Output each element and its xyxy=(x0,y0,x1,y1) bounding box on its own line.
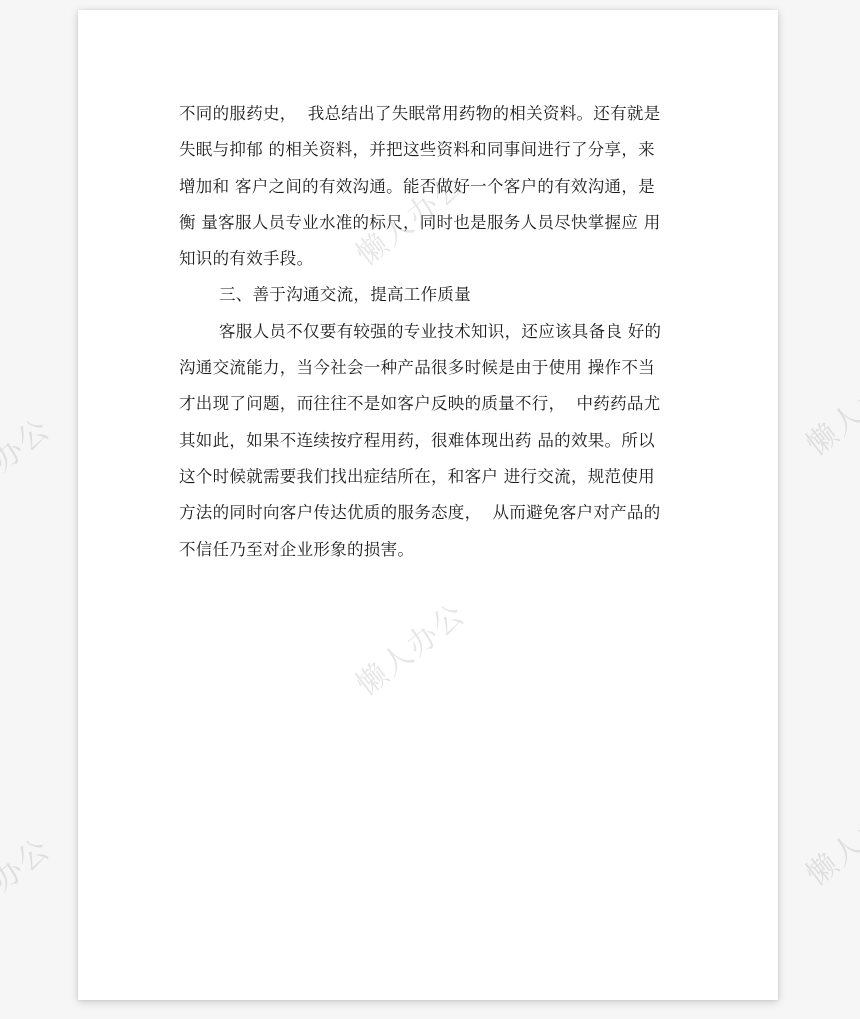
text-line: 不信任乃至对企业形象的损害。 xyxy=(179,532,689,568)
document-body: 不同的服药史， 我总结出了失眠常用药物的相关资料。还有就是 失眠与抑郁 的相关资… xyxy=(179,96,689,568)
text-line: 才出现了问题，而往往不是如客户反映的质量不行， 中药药品尤 xyxy=(179,386,689,422)
watermark-right-lower: 懒人办公 xyxy=(795,780,860,893)
text-line: 衡 量客服人员专业水准的标尺，同时也是服务人员尽快掌握应 用 xyxy=(179,205,689,241)
watermark-left-upper: 懒人办公 xyxy=(0,405,58,518)
document-page: 不同的服药史， 我总结出了失眠常用药物的相关资料。还有就是 失眠与抑郁 的相关资… xyxy=(78,10,778,1000)
text-line: 客服人员不仅要有较强的专业技术知识，还应该具备良 好的 xyxy=(179,314,689,350)
text-line: 增加和 客户之间的有效沟通。能否做好一个客户的有效沟通，是 xyxy=(179,169,689,205)
section-heading: 三、善于沟通交流，提高工作质量 xyxy=(179,277,689,313)
text-line: 方法的同时向客户传达优质的服务态度， 从而避免客户对产品的 xyxy=(179,495,689,531)
text-line: 沟通交流能力，当今社会一种产品很多时候是由于使用 操作不当 xyxy=(179,350,689,386)
text-line: 知识的有效手段。 xyxy=(179,241,689,277)
watermark-right-upper: 懒人办公 xyxy=(795,350,860,463)
text-line: 这个时候就需要我们找出症结所在，和客户 进行交流，规范使用 xyxy=(179,459,689,495)
watermark-left-lower: 懒人办公 xyxy=(0,825,58,938)
text-line: 其如此，如果不连续按疗程用药，很难体现出药 品的效果。所以 xyxy=(179,423,689,459)
text-line: 失眠与抑郁 的相关资料，并把这些资料和同事间进行了分享，来 xyxy=(179,132,689,168)
text-line: 不同的服药史， 我总结出了失眠常用药物的相关资料。还有就是 xyxy=(179,96,689,132)
